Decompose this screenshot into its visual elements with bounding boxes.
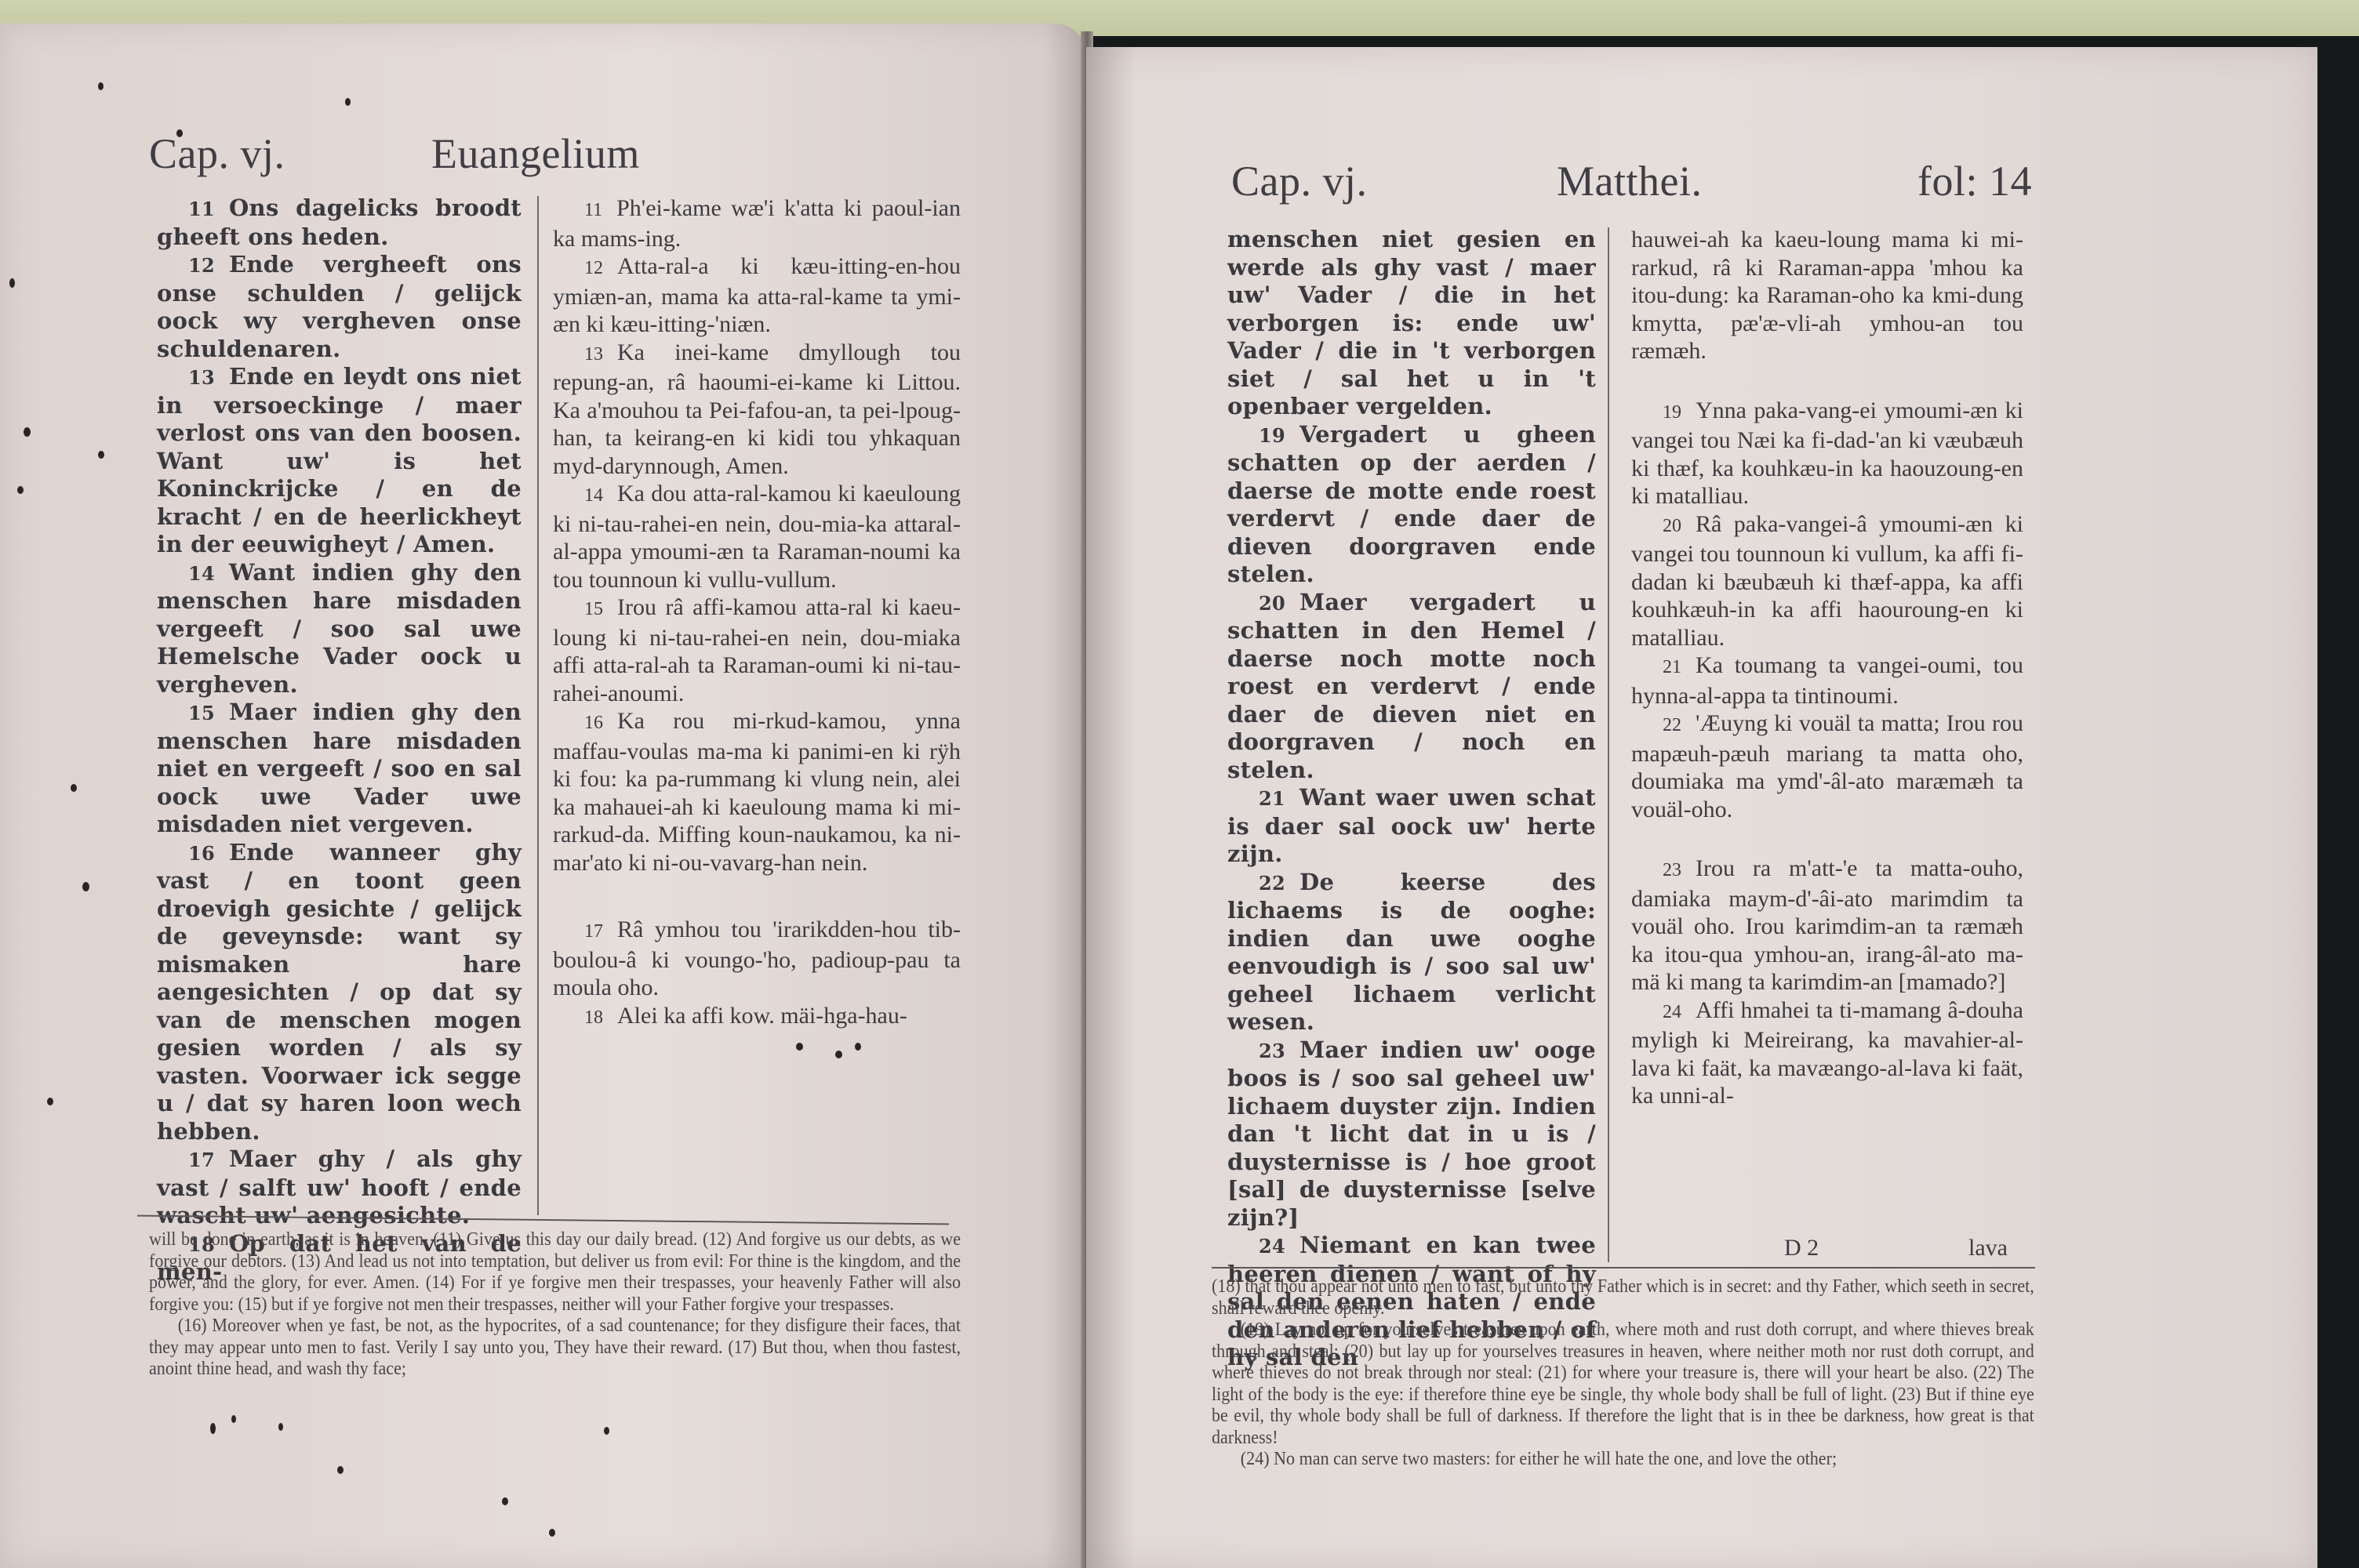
verse: 12Ende vergheeft ons onse schulden / gel… [157,251,522,363]
verse: 19Ynna paka-vang-ei ymoumi-æn ki vangei … [1631,397,2023,510]
right-page: Cap. vj. Matthei. fol: 14 menschen niet … [1086,47,2317,1568]
ink-spot [71,784,77,792]
verse: 16Ende wanneer ghy vast / en toont geen … [157,839,522,1146]
verse: 22De keerse des lichaems is de ooghe: in… [1227,869,1596,1036]
verse: 18Alei ka affi kow. mäi-hga-hau- [553,1002,961,1033]
ink-spot [549,1529,555,1537]
right-dutch-column: menschen niet gesien en werde als ghy va… [1227,226,1596,1372]
verse: 13Ende en leydt ons niet in versoeckinge… [157,363,522,559]
left-page: Cap. vj. Euangelium 11Ons dagelicks broo… [0,24,1086,1568]
ink-spot [82,882,89,891]
left-formosan-column: 11Ph'ei-kame wæ'i k'atta ki paoul-ian ka… [553,194,961,1032]
verse: 14Want indien ghy den menschen hare misd… [157,559,522,699]
ink-spot [835,1051,842,1058]
ink-spot [210,1423,216,1434]
ink-spot [47,1098,53,1105]
ink-spot [9,278,15,288]
verse: 16Ka rou mi-rkud-kamou, ynna maffau-voul… [553,707,961,877]
verse: menschen niet gesien en werde als ghy va… [1227,226,1596,421]
ink-spot [278,1423,283,1431]
signature-mark: D 2 [1784,1235,1819,1261]
ink-spot [24,427,31,437]
verse: 21Want waer uwen schat is daer sal oock … [1227,784,1596,869]
verse: 11Ph'ei-kame wæ'i k'atta ki paoul-ian ka… [553,194,961,252]
ink-spot [337,1466,343,1474]
ink-spot [604,1427,609,1435]
ink-spot [231,1415,236,1423]
verse: 20Râ paka-vangei-â ymoumi-æn ki vangei t… [1631,510,2023,652]
ink-spot [796,1043,803,1051]
footnote-divider [1212,1267,2035,1269]
verse: 19Vergadert u gheen schatten op der aerd… [1227,421,1596,589]
ink-spot [855,1043,861,1051]
verse: 17Râ ymhou tou 'irarikdden-hou tib-boulo… [553,916,961,1002]
left-chapter-heading: Cap. vj. [149,129,285,178]
ink-spot [98,82,104,90]
left-footnote: will be done in earth, as it is in heave… [149,1229,961,1381]
folio-number: fol: 14 [1917,157,2032,205]
verse: 15Maer indien ghy den menschen hare misd… [157,699,522,839]
right-footnote: (18) that thou appear not unto men to fa… [1212,1276,2034,1471]
left-dutch-column: 11Ons dagelicks broodt gheeft ons heden.… [157,194,522,1287]
verse: 20Maer vergadert u schatten in den Hemel… [1227,589,1596,785]
verse: 12Atta-ral-a ki kæu-itting-en-hou ymiæn-… [553,252,961,339]
ink-spot [17,486,24,494]
right-chapter-heading: Cap. vj. [1231,157,1368,205]
verse: 11Ons dagelicks broodt gheeft ons heden. [157,194,522,251]
column-rule [537,196,539,1215]
verse: 23Maer indien uw' ooge boos is / soo sal… [1227,1036,1596,1232]
verse: 14Ka dou atta-ral-kamou ki kaeuloung ki … [553,480,961,593]
verse: 22'Æuyng ki vouäl ta matta; Irou rou map… [1631,710,2023,823]
right-formosan-column: hauwei-ah ka kaeu-loung mama ki mi-rarku… [1631,226,2023,1110]
verse: 15Irou râ affi-kamou atta-ral ki kaeu-lo… [553,593,961,707]
left-running-title: Euangelium [431,129,640,178]
right-running-title: Matthei. [1557,157,1702,205]
ink-spot [345,98,351,106]
ink-spot [176,129,183,137]
verse: 24Affi hmahei ta ti-mamang â-douha mylig… [1631,996,2023,1110]
verse: 13Ka inei-kame dmyllough tou repung-an, … [553,339,961,481]
verse: hauwei-ah ka kaeu-loung mama ki mi-rarku… [1631,226,2023,365]
verse: 21Ka toumang ta vangei-oumi, tou hynna-a… [1631,652,2023,710]
verse: 23Irou ra m'att-'e ta matta-ouho, damiak… [1631,855,2023,996]
ink-spot [98,451,104,459]
catchword: lava [1968,1235,2008,1261]
ink-spot [502,1497,508,1505]
column-rule [1608,227,1609,1262]
